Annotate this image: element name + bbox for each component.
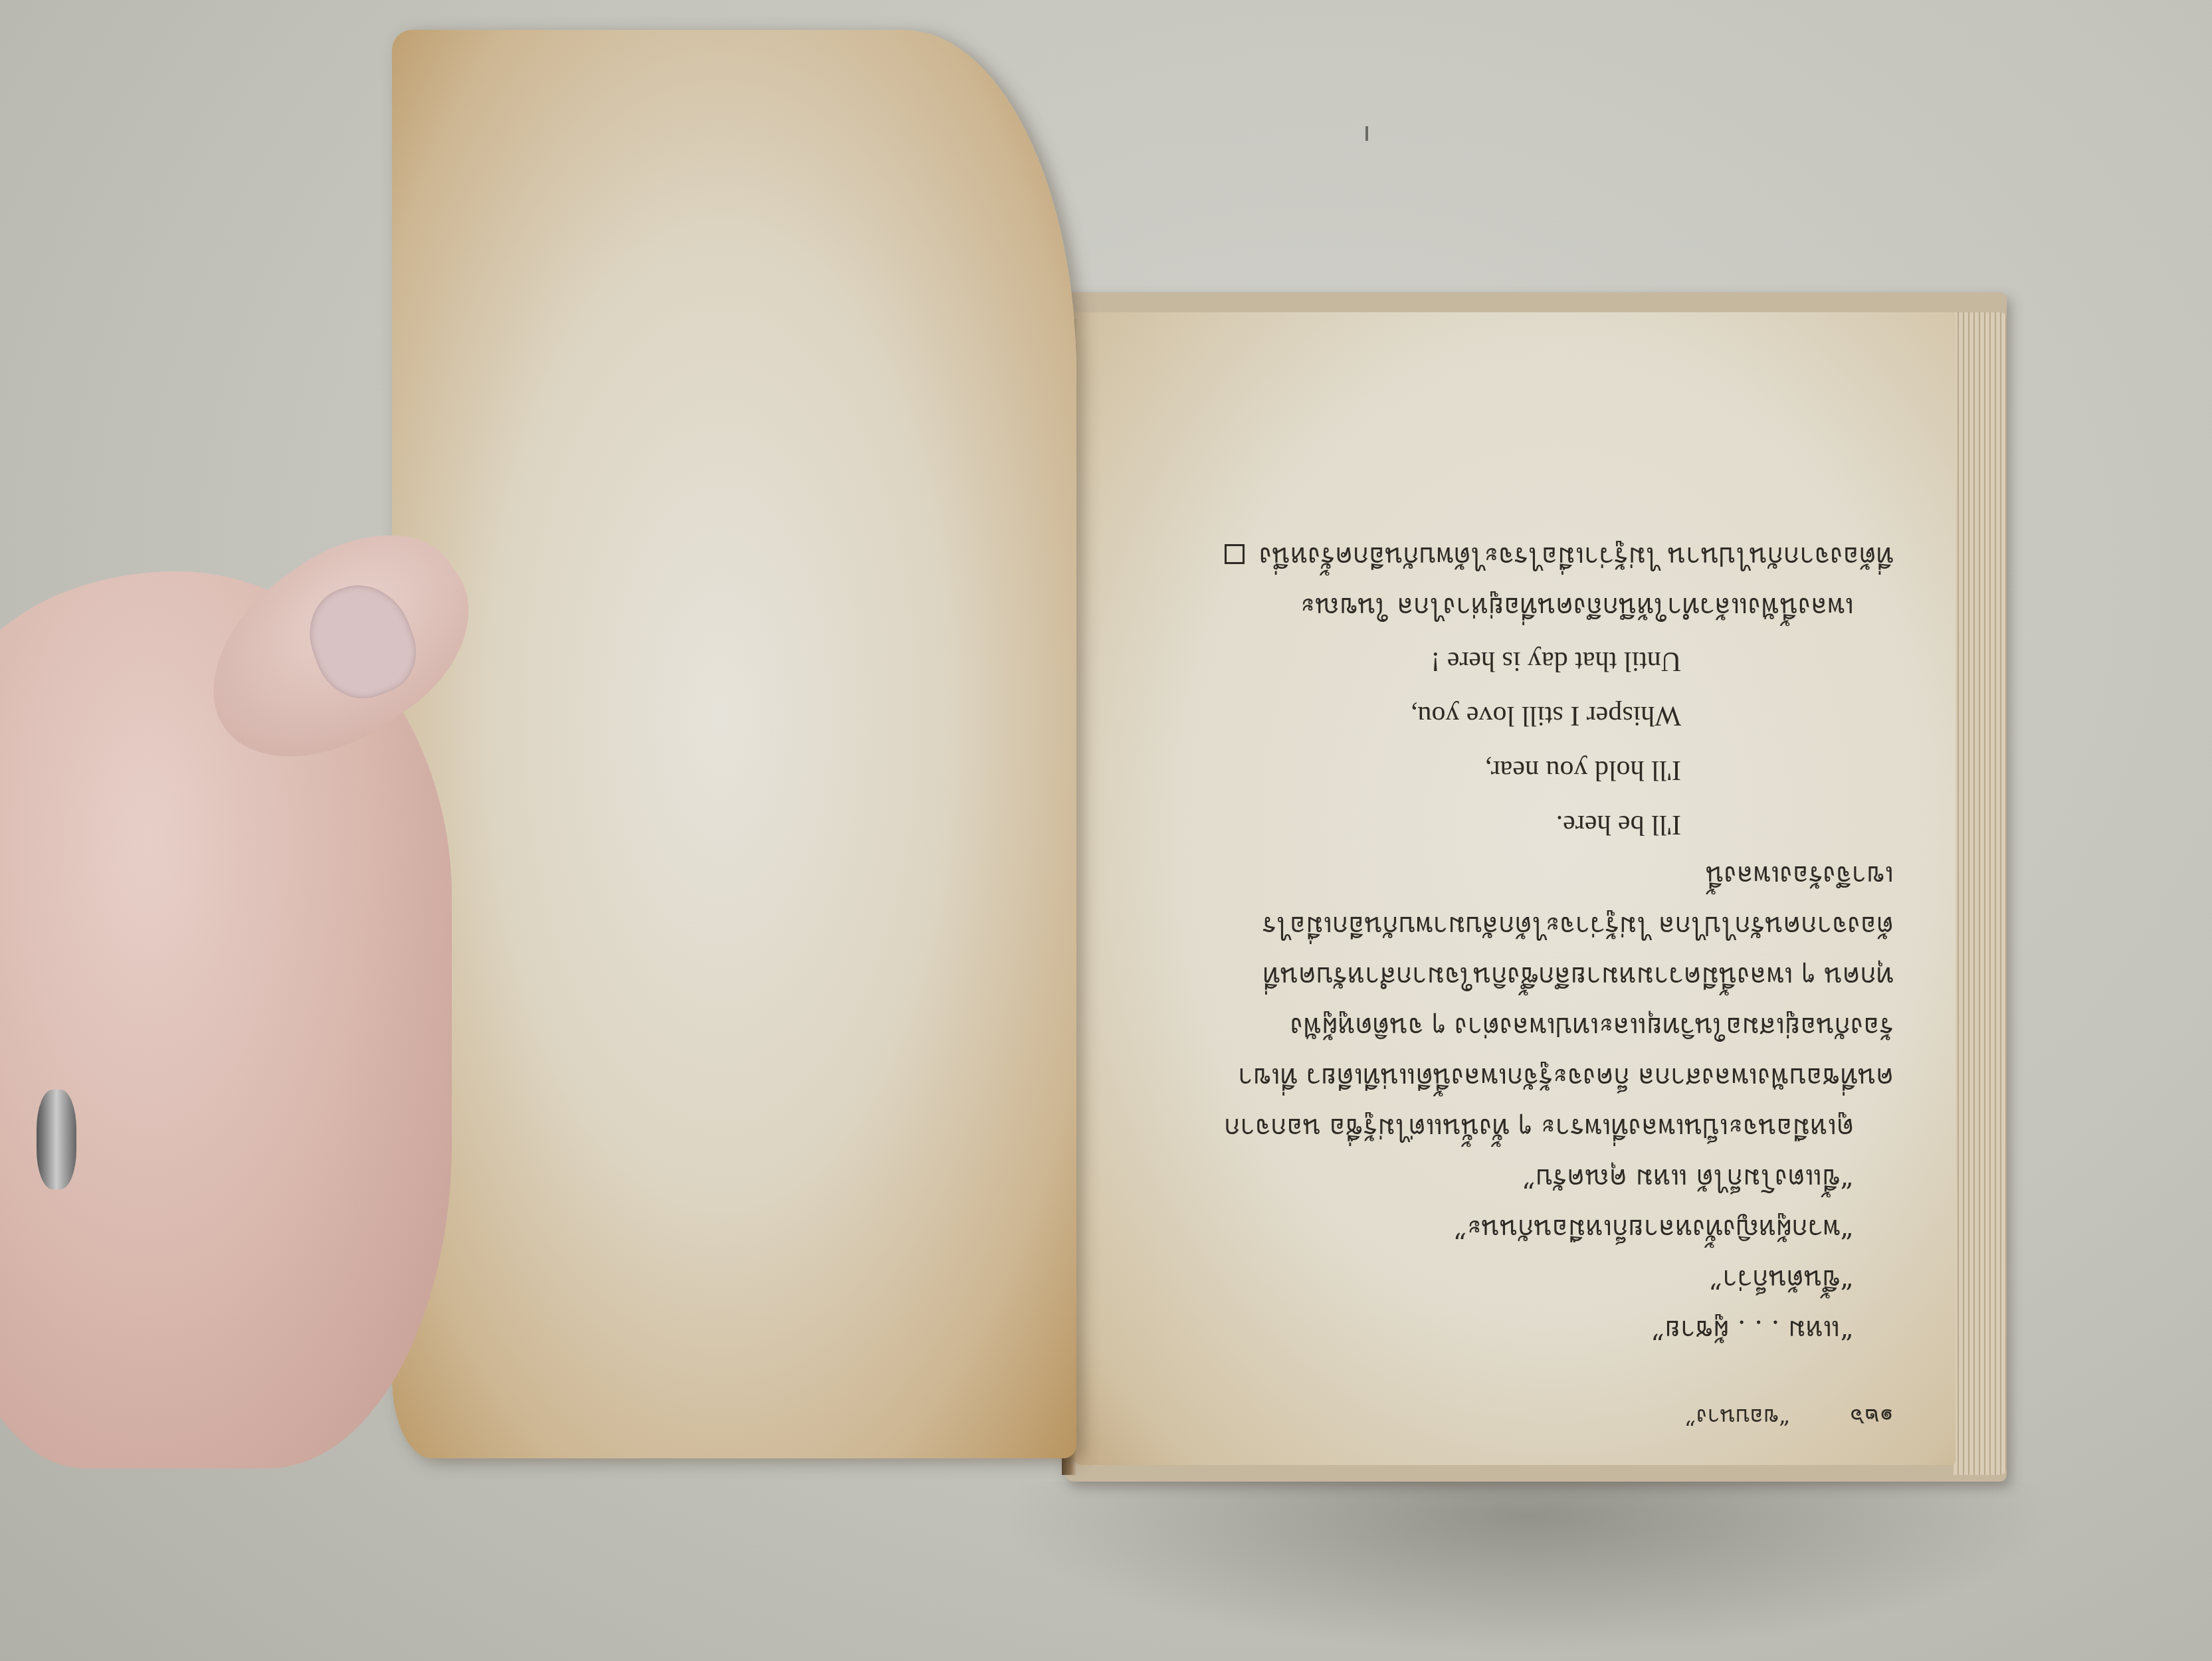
lyric-line: Until that day is here ! xyxy=(1156,644,1894,678)
text-line-content: ที่ต้องจากกันไปนาน ไม่รู้ว่าเมื่อไรจะได้… xyxy=(1259,541,1894,571)
running-title: “ขอบนาง” xyxy=(1684,1399,1790,1435)
text-line: “ขี้แตงโมก็ได้ แหม คุณครับ” xyxy=(1156,1161,1894,1195)
finger-ring xyxy=(37,1090,76,1189)
text-line: เพลงนี้ฟังแล้วทำให้นึกถึงคนที่อยู่ห่างไก… xyxy=(1156,590,1894,623)
text-line: “แหม . . . ผู้ชาย” xyxy=(1156,1313,1894,1346)
dust-speck xyxy=(1365,126,1368,141)
printed-text-upside-down: ๑๒๖ “ขอบนาง” “แหม . . . ผู้ชาย” “ขึ้นต้น… xyxy=(1156,452,1894,1435)
page-number: ๑๒๖ xyxy=(1850,1399,1894,1435)
text-line: ที่ต้องจากกันไปนาน ไม่รู้ว่าเมื่อไรจะได้… xyxy=(1156,539,1894,573)
page-edges xyxy=(1954,312,2007,1475)
text-line: ดูเหมือนจะเป็นเพลงที่เพราะ ๆ ทั้งนั้นแต่… xyxy=(1156,1111,1894,1144)
end-of-chapter-box-icon xyxy=(1225,544,1245,564)
text-line: ทุกคน ๆ เพลงนี้มีความหมายลึกซึ้งกินใจมาก… xyxy=(1156,959,1894,993)
lyric-line: I'll be here. xyxy=(1156,808,1894,841)
text-line: เขาจึงร้องเพลงนี้ xyxy=(1156,858,1894,892)
lyric-line: I'll hold you near, xyxy=(1156,753,1894,787)
lyric-line: Whisper I still love you, xyxy=(1156,699,1894,732)
left-page-curling xyxy=(392,30,1076,1458)
text-line: “พวกผู้หญิงทั้งหลายก็เหมือนกันนะ” xyxy=(1156,1212,1894,1245)
text-line: คนที่ชอบฟังเพลงสากล ก็คงจะรู้จักเพลงนี้ด… xyxy=(1156,1060,1894,1094)
text-line: ร้องกันอยู่เสมอในวิทยุและเทปเพลงต่าง ๆ จ… xyxy=(1156,1010,1894,1043)
text-line: “ขึ้นต้นก็ว่า” xyxy=(1156,1262,1894,1296)
text-line: ต้องจากคนรักไปไกล ไม่รู้ว่าจะได้กลับมาพบ… xyxy=(1156,909,1894,942)
page-header: ๑๒๖ “ขอบนาง” xyxy=(1156,1399,1894,1435)
table-shadow xyxy=(997,1482,2060,1654)
